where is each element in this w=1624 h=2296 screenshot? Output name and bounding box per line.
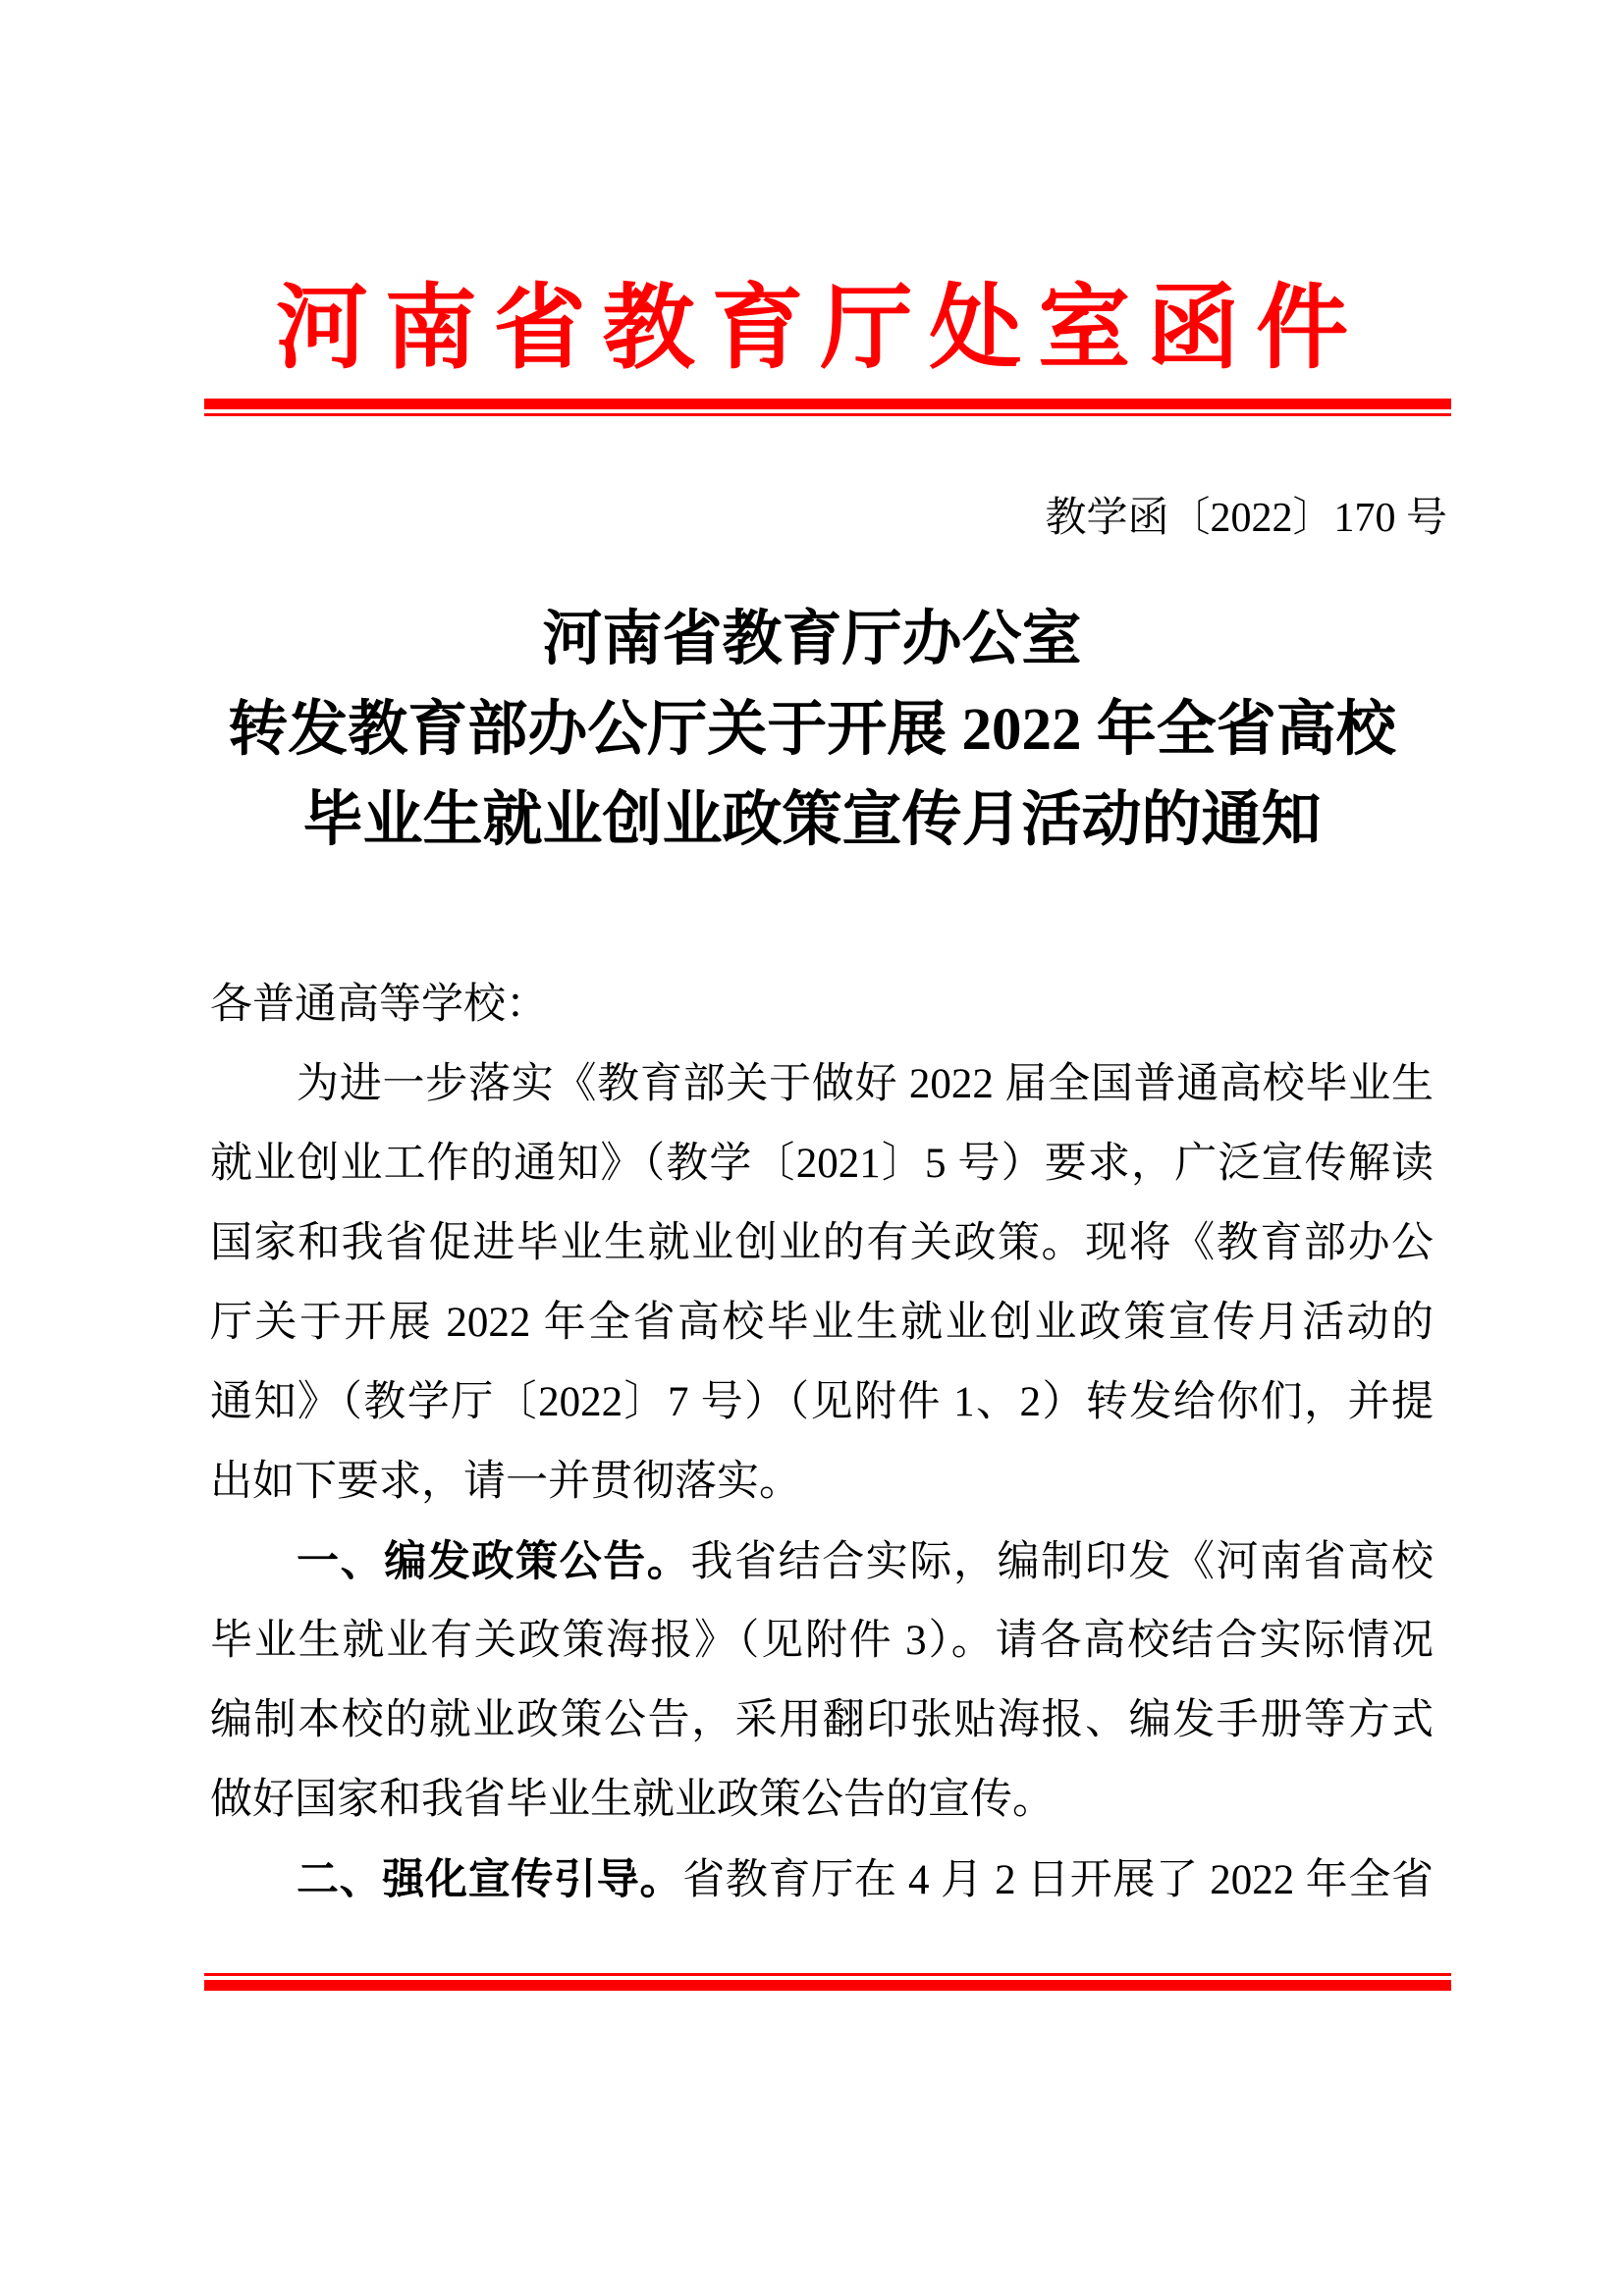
body-line: 为进一步落实《教育部关于做好 2022 届全国普通高校毕业生	[210, 1047, 1434, 1127]
body-text: 毕业生就业有关政策海报》（见附件 3）。请各高校结合实际情况	[210, 1618, 1434, 1664]
body-line: 就业创业工作的通知》（教学〔2021〕5 号）要求，广泛宣传解读	[210, 1127, 1434, 1206]
top-rule-thin-bar	[204, 413, 1451, 416]
bold-heading-text: 一、编发政策公告。	[297, 1538, 690, 1585]
body-line: 通知》（教学厅〔2022〕7 号）（见附件 1、2）转发给你们，并提	[210, 1365, 1434, 1445]
bottom-double-rule	[204, 1973, 1451, 1991]
document-number: 教学函〔2022〕170 号	[204, 485, 1447, 544]
document-title-line: 转发教育部办公厅关于开展 2022 年全省高校	[0, 685, 1624, 775]
body-text: 国家和我省促进毕业生就业创业的有关政策。现将《教育部办公	[210, 1220, 1434, 1266]
body-line: 厅关于开展 2022 年全省高校毕业生就业创业政策宣传月活动的	[210, 1286, 1434, 1365]
body-text: 我省结合实际，编制印发《河南省高校	[690, 1539, 1434, 1585]
body-text: 为进一步落实《教育部关于做好 2022 届全国普通高校毕业生	[297, 1061, 1434, 1107]
body-line: 出如下要求，请一并贯彻落实。	[210, 1445, 1434, 1524]
body-text: 各普通高等学校：	[210, 982, 548, 1028]
top-rule-thick-bar	[204, 399, 1451, 409]
body-line: 编制本校的就业政策公告，采用翻印张贴海报、编发手册等方式	[210, 1683, 1434, 1763]
bold-heading-text: 二、强化宣传引导。	[297, 1856, 682, 1903]
body-line: 国家和我省促进毕业生就业创业的有关政策。现将《教育部办公	[210, 1206, 1434, 1286]
body-text: 做好国家和我省毕业生就业政策公告的宣传。	[210, 1777, 1055, 1823]
letterhead-title: 河南省教育厅处室函件	[0, 253, 1624, 386]
body-text: 出如下要求，请一并贯彻落实。	[210, 1459, 801, 1505]
body-line: 毕业生就业有关政策海报》（见附件 3）。请各高校结合实际情况	[210, 1604, 1434, 1683]
document-title-line: 毕业生就业创业政策宣传月活动的通知	[0, 775, 1624, 866]
body-text: 就业创业工作的通知》（教学〔2021〕5 号）要求，广泛宣传解读	[210, 1141, 1434, 1187]
body-line: 做好国家和我省毕业生就业政策公告的宣传。	[210, 1763, 1434, 1842]
body-line: 各普通高等学校：	[210, 968, 1434, 1047]
body-text: 省教育厅在 4 月 2 日开展了 2022 年全省	[682, 1857, 1434, 1903]
body-text: 厅关于开展 2022 年全省高校毕业生就业创业政策宣传月活动的	[210, 1300, 1434, 1346]
document-title: 河南省教育厅办公室 转发教育部办公厅关于开展 2022 年全省高校 毕业生就业创…	[0, 595, 1624, 866]
body-text: 编制本校的就业政策公告，采用翻印张贴海报、编发手册等方式	[210, 1697, 1434, 1743]
bottom-rule-thick-bar	[204, 1980, 1451, 1991]
document-page: 河南省教育厅处室函件 教学函〔2022〕170 号 河南省教育厅办公室 转发教育…	[0, 0, 1624, 2296]
body-line: 二、强化宣传引导。省教育厅在 4 月 2 日开展了 2022 年全省	[210, 1842, 1434, 1922]
body-line: 一、编发政策公告。我省结合实际，编制印发《河南省高校	[210, 1524, 1434, 1604]
top-double-rule	[204, 399, 1451, 416]
body-text: 通知》（教学厅〔2022〕7 号）（见附件 1、2）转发给你们，并提	[210, 1379, 1434, 1425]
document-title-line: 河南省教育厅办公室	[0, 595, 1624, 685]
body: 各普通高等学校：为进一步落实《教育部关于做好 2022 届全国普通高校毕业生就业…	[210, 968, 1434, 1922]
